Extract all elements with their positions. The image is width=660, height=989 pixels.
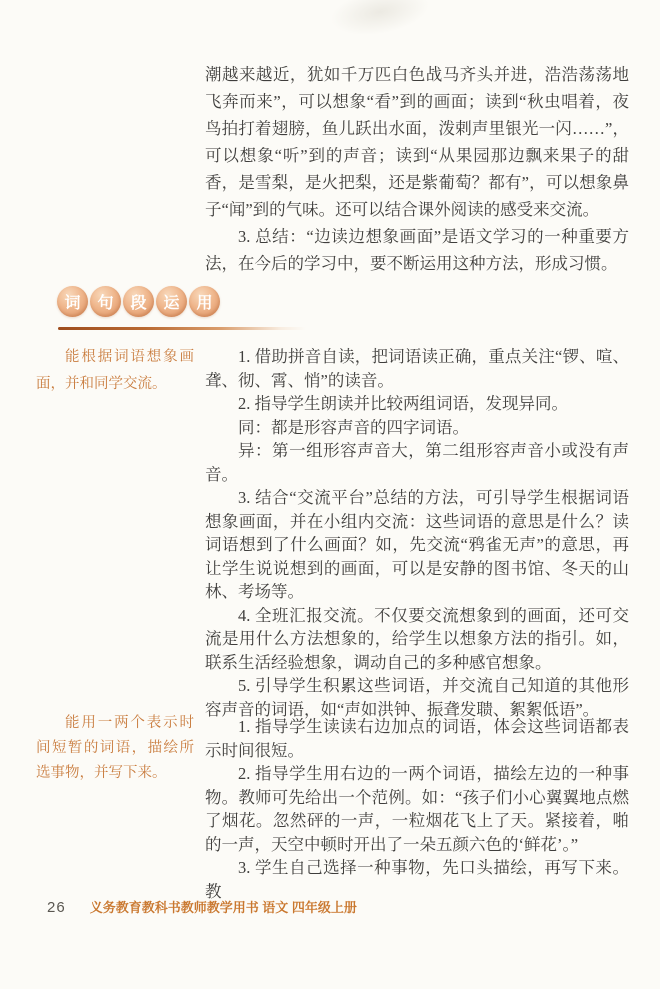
section-header-ciju-duan-yunyong: 词 句 段 运 用 [57, 286, 306, 330]
instruction-step: 1. 指导学生读读右边加点的词语，体会这些词语都表示时间很短。 [205, 715, 629, 762]
instruction-step: 2. 指导学生用右边的一两个词语，描绘左边的一种事物。教师可先给出一个范例。如：… [205, 762, 629, 856]
section-header-underline [58, 327, 306, 330]
section-badge: 运 [156, 286, 187, 317]
section-badge: 用 [189, 286, 220, 317]
margin-note-words-imagine: 能根据词语想象画面，并和同学交流。 [36, 344, 194, 398]
footer-imprint: 义务教育教科书教师教学用书 语文 四年级上册 [90, 897, 357, 916]
badge-char: 用 [196, 290, 212, 313]
instruction-step: 4. 全班汇报交流。不仅要交流想象到的画面，还可交流是用什么方法想象的，给学生以… [205, 604, 629, 675]
badge-char: 句 [97, 290, 113, 313]
instruction-step: 同：都是形容声音的四字词语。 [205, 416, 629, 440]
badge-char: 词 [64, 290, 80, 313]
paragraph-continuation: 潮越来越近，犹如千万匹白色战马齐头并进，浩浩荡荡地飞奔而来”，可以想象“看”到的… [205, 61, 629, 223]
top-text-block: 潮越来越近，犹如千万匹白色战马齐头并进，浩浩荡荡地飞奔而来”，可以想象“看”到的… [205, 61, 629, 277]
section-badge: 段 [123, 286, 154, 317]
section-title-badges: 词 句 段 运 用 [57, 286, 306, 317]
instruction-step: 3. 学生自己选择一种事物，先口头描绘，再写下来。教 [205, 856, 629, 903]
badge-char: 运 [163, 290, 179, 313]
book-page: 潮越来越近，犹如千万匹白色战马齐头并进，浩浩荡荡地飞奔而来”，可以想象“看”到的… [0, 0, 660, 989]
margin-note-short-time-words: 能用一两个表示时间短暂的词语，描绘所选事物，并写下来。 [36, 711, 194, 786]
badge-char: 段 [130, 290, 146, 313]
instruction-step: 5. 引导学生积累这些词语，并交流自己知道的其他形容声音的词语，如“声如洪钟、振… [205, 674, 629, 721]
instruction-step: 异：第一组形容声音大，第二组形容声音小或没有声音。 [205, 439, 629, 486]
section-badge: 词 [57, 286, 88, 317]
section-badge: 句 [90, 286, 121, 317]
page-footer: 26 义务教育教科书教师教学用书 语文 四年级上册 [47, 897, 357, 916]
instruction-step: 3. 结合“交流平台”总结的方法，可引导学生根据词语想象画面，并在小组内交流：这… [205, 486, 629, 604]
instruction-step: 2. 指导学生朗读并比较两组词语，发现异同。 [205, 392, 629, 416]
scan-smudge-artifact [327, 0, 433, 42]
section1-instructions: 1. 借助拼音自读，把词语读正确，重点关注“锣、喧、聋、彻、霄、悄”的读音。 2… [205, 345, 629, 721]
page-number: 26 [47, 899, 66, 916]
paragraph-summary: 3. 总结：“边读边想象画面”是语文学习的一种重要方法，在今后的学习中，要不断运… [205, 223, 629, 277]
instruction-step: 1. 借助拼音自读，把词语读正确，重点关注“锣、喧、聋、彻、霄、悄”的读音。 [205, 345, 629, 392]
section2-instructions: 1. 指导学生读读右边加点的词语，体会这些词语都表示时间很短。 2. 指导学生用… [205, 715, 629, 903]
